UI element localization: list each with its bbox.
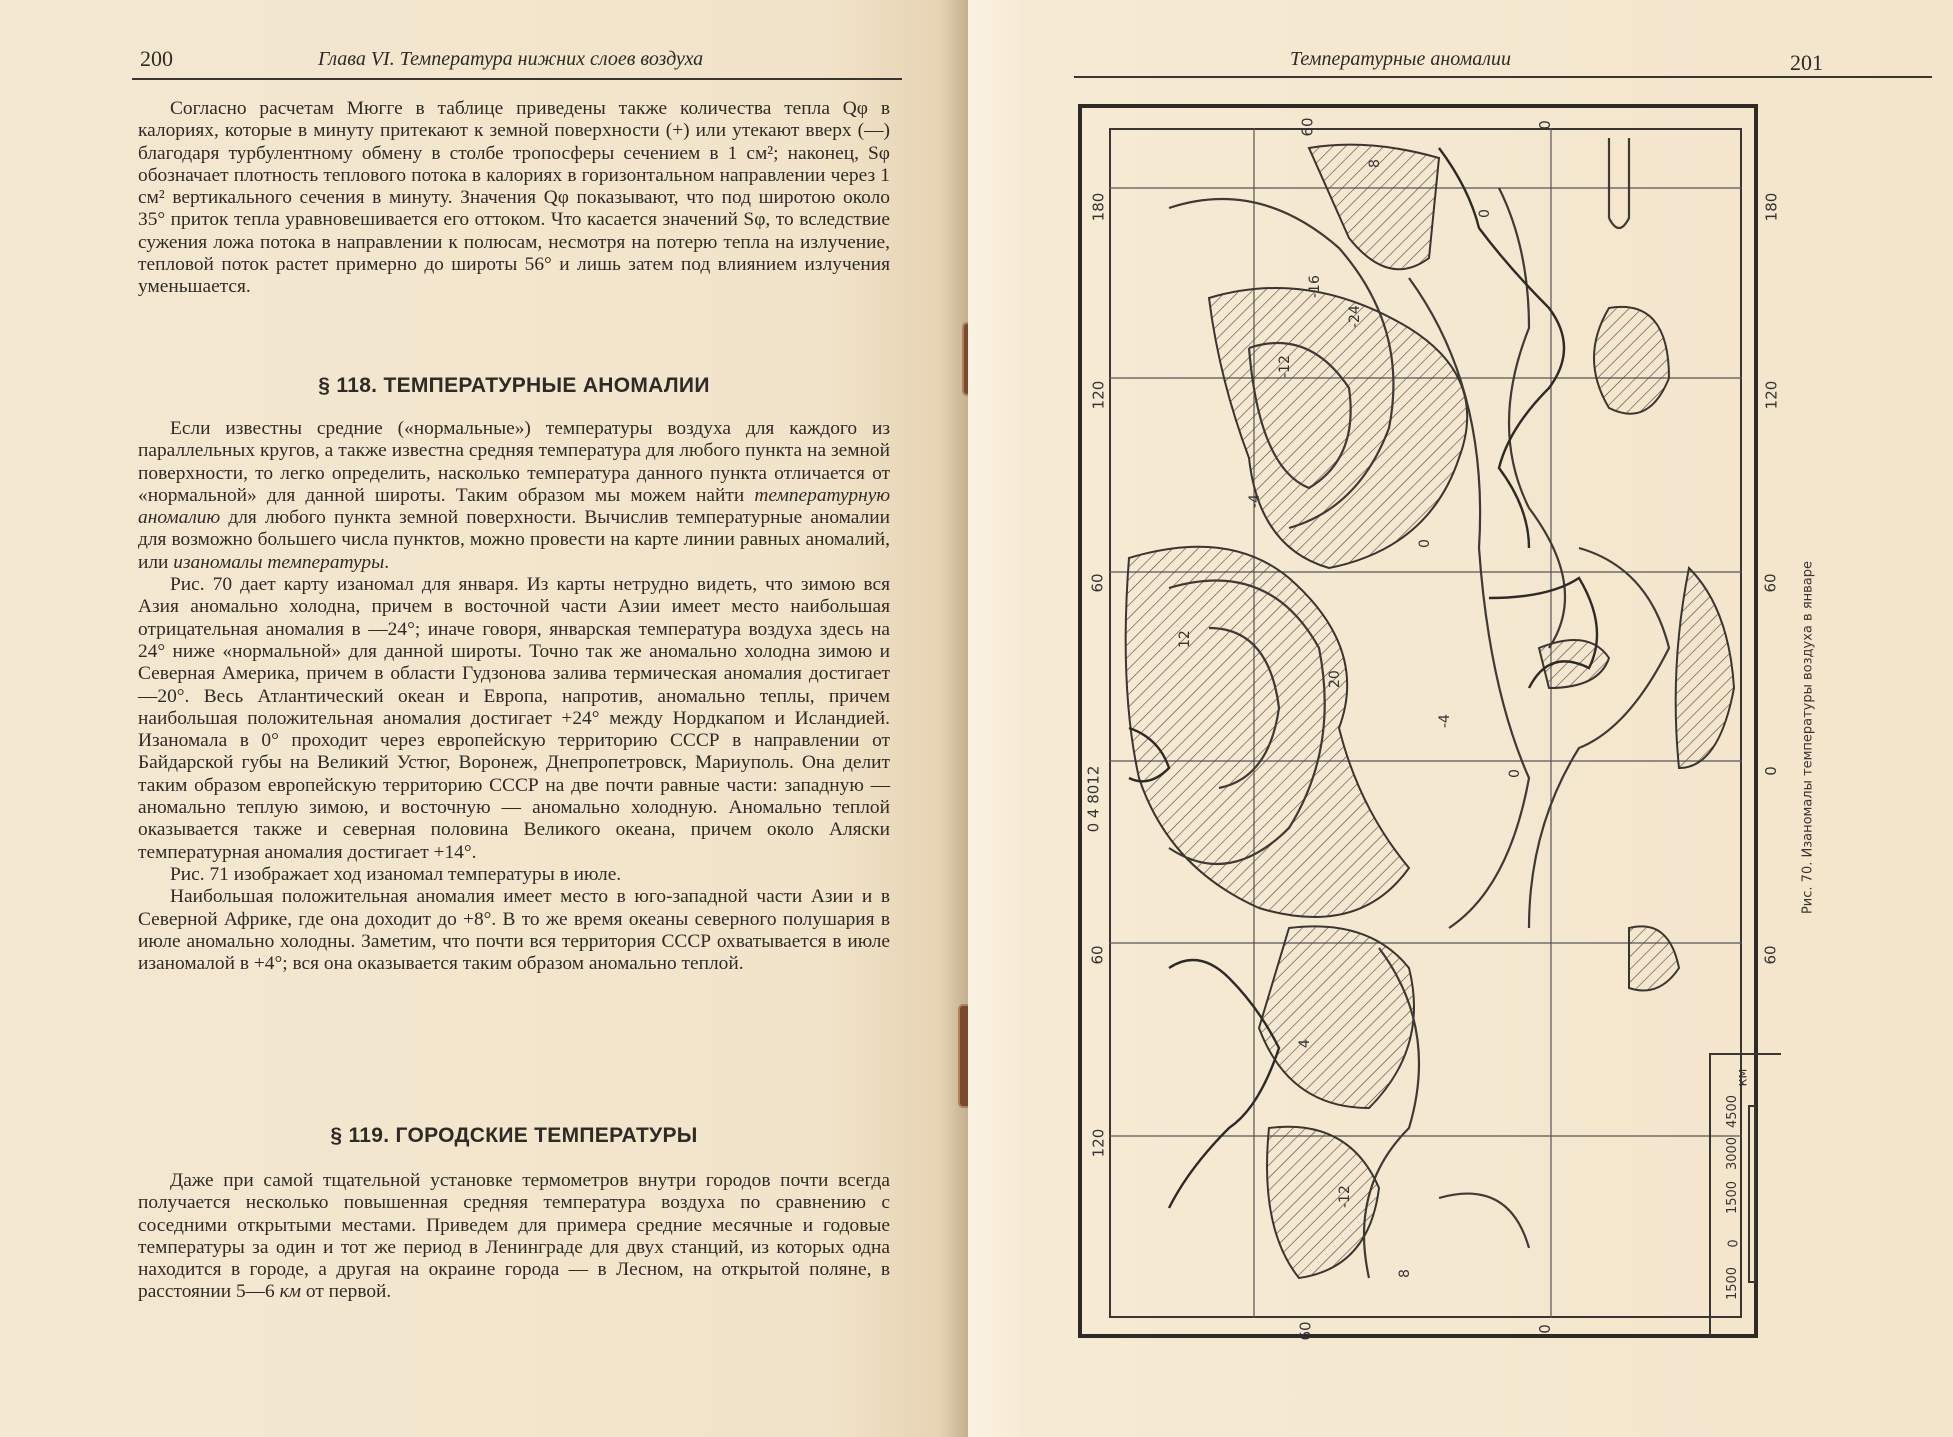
page-number-right: 201 xyxy=(1790,50,1823,76)
axis-label-left-180: 180 xyxy=(1089,193,1107,222)
svg-text:0: 0 xyxy=(1417,539,1433,548)
svg-text:0: 0 xyxy=(1477,209,1493,218)
section-118-p3: Рис. 71 изображает ход изаномал температ… xyxy=(138,864,890,886)
header-rule-right xyxy=(1074,76,1932,78)
header-rule-left xyxy=(132,78,902,80)
isanomaly-map: -16 -24 -12 -4 12 20 -4 0 0 -12 8 4 0 8 xyxy=(1109,128,1742,1318)
scale-label-1500: 1500 xyxy=(1725,1181,1740,1214)
axis-label-left-60: 60 xyxy=(1089,573,1107,592)
section-119-body: Даже при самой тщательной установке терм… xyxy=(138,1170,890,1304)
section-118-p2: Рис. 70 дает карту изаномал для января. … xyxy=(138,574,890,864)
svg-text:12: 12 xyxy=(1177,630,1193,648)
axis-label-bottom-0: 0 xyxy=(1536,1324,1554,1334)
intro-paragraph: Согласно расчетам Мюгге в таблице привед… xyxy=(138,98,890,299)
svg-text:-4: -4 xyxy=(1437,714,1453,728)
section-118-p1: Если известны средние («нормальные») тем… xyxy=(138,418,890,574)
axis-label-right-120: 120 xyxy=(1762,381,1780,410)
svg-text:-12: -12 xyxy=(1277,355,1293,378)
page-number-left: 200 xyxy=(140,46,173,72)
svg-text:-4: -4 xyxy=(1247,494,1263,508)
hatched-regions xyxy=(1126,145,1734,1278)
intro-text: Согласно расчетам Мюгге в таблице привед… xyxy=(138,98,890,299)
gutter-shadow xyxy=(940,0,970,1437)
scale-label-3000: 3000 xyxy=(1725,1137,1740,1170)
axis-label-left-120: 120 xyxy=(1089,381,1107,410)
axis-label-right-0: 0 xyxy=(1762,766,1780,776)
svg-text:-24: -24 xyxy=(1347,305,1363,328)
svg-text:8: 8 xyxy=(1367,159,1383,168)
scale-box xyxy=(1709,1053,1781,1337)
axis-label-left-120b: 120 xyxy=(1089,1129,1107,1158)
axis-label-right-180: 180 xyxy=(1762,193,1780,222)
scale-bar xyxy=(1748,1105,1756,1283)
axis-label-left-0: 0 4 8012 xyxy=(1084,766,1102,833)
scale-unit: км xyxy=(1735,1069,1750,1087)
section-118-heading: § 118. ТЕМПЕРАТУРНЫЕ АНОМАЛИИ xyxy=(138,374,890,398)
svg-text:4: 4 xyxy=(1297,1039,1313,1048)
svg-text:-12: -12 xyxy=(1337,1185,1353,1208)
section-119-p1: Даже при самой тщательной установке терм… xyxy=(138,1170,890,1304)
svg-text:0: 0 xyxy=(1507,769,1523,778)
scale-label-1500-neg: 1500 xyxy=(1725,1267,1740,1300)
axis-label-right-60b: 60 xyxy=(1762,945,1780,964)
scale-label-4500: 4500 xyxy=(1725,1095,1740,1128)
running-head-right: Температурные аномалии xyxy=(1290,48,1511,71)
running-head-left: Глава VI. Температура нижних слоев возду… xyxy=(318,48,703,71)
axis-label-top-60: 60 xyxy=(1299,117,1317,136)
scale-label-0: 0 xyxy=(1727,1239,1742,1247)
term-isanomaly: изаномалы температуры xyxy=(173,552,384,573)
axis-label-bottom-60: 60 xyxy=(1297,1321,1315,1340)
figure-caption: Рис. 70. Изаномалы температуры воздуха в… xyxy=(1801,528,1816,948)
svg-text:-16: -16 xyxy=(1307,275,1323,298)
axis-label-top-0: 0 xyxy=(1536,120,1554,130)
section-118-p4: Наибольшая положительная аномалия имеет … xyxy=(138,886,890,975)
axis-label-left-60b: 60 xyxy=(1089,945,1107,964)
axis-label-right-60: 60 xyxy=(1762,573,1780,592)
svg-text:20: 20 xyxy=(1327,670,1343,688)
section-119-heading: § 119. ГОРОДСКИЕ ТЕМПЕРАТУРЫ xyxy=(138,1124,890,1148)
svg-text:8: 8 xyxy=(1397,1269,1413,1278)
left-page: 200 Глава VI. Температура нижних слоев в… xyxy=(0,0,968,1437)
section-118-body: Если известны средние («нормальные») тем… xyxy=(138,418,890,975)
